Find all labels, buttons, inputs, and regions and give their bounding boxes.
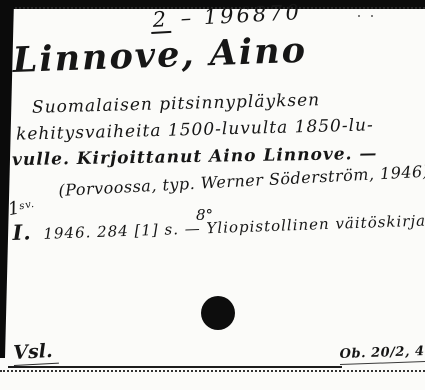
collation-text: 1946. 284 [1] s. — Yliopistollinen väitö… [43, 211, 425, 243]
card-bottom-edge [8, 366, 342, 368]
collation-roman-numeral: I. [12, 219, 32, 245]
accession-dash: – [180, 6, 195, 31]
volume-note: 1sv. [6, 195, 36, 220]
date-annotation: Ob. 20/2, 47. [339, 344, 425, 365]
title-line-2: kehitysvaiheita 1500-luvulta 1850-lu- [16, 115, 374, 144]
librarian-initials: Vsl. [13, 340, 59, 366]
scan-speck [371, 15, 373, 17]
collation-line: I. 1946. 284 [1] s. — Yliopistollinen vä… [12, 205, 425, 245]
volume-note-suffix: sv. [18, 199, 35, 213]
accession-prefix: 2 [150, 7, 172, 34]
title-line-1: Suomalaisen pitsinnypläyksen [32, 90, 321, 118]
accession-number: 196870 [203, 0, 302, 29]
scan-speck [358, 15, 360, 17]
author-heading: Linnove, Aino [12, 30, 308, 81]
hole-punch [201, 296, 235, 330]
scan-bottom-edge [0, 370, 425, 372]
